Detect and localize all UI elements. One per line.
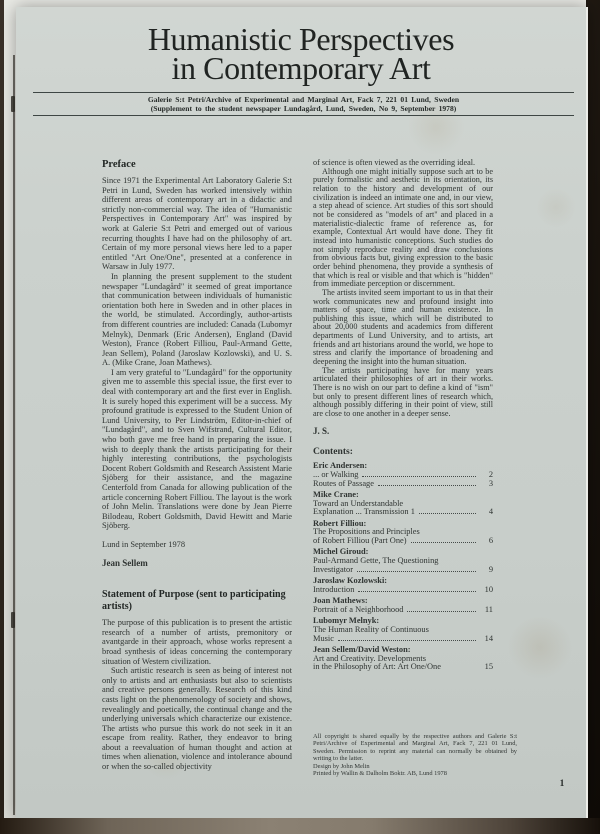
contents-entry: Robert Filliou:The Propositions and Prin… <box>313 520 493 546</box>
contents-item-row: of Robert Filliou (Part One)6 <box>313 537 493 546</box>
colophon-line: Printed by Wallin & Dalholm Boktr. AB, L… <box>313 770 517 777</box>
staple <box>11 96 15 112</box>
continuation-body: of science is often viewed as the overri… <box>313 159 493 419</box>
contents-title-line: Music <box>313 635 334 644</box>
paragraph: Although one might initially suppose suc… <box>313 168 493 289</box>
dot-leader <box>411 542 476 543</box>
contents-page-number: 14 <box>479 635 493 644</box>
paragraph: The artists participating have for many … <box>313 367 493 419</box>
preface-heading: Preface <box>102 159 292 171</box>
magazine-page: Humanistic Perspectives in Contemporary … <box>16 7 588 818</box>
contents-entry: Eric Andersen:... or Walking2Routes of P… <box>313 462 493 488</box>
statement-body: The purpose of this publication is to pr… <box>102 618 292 772</box>
statement-heading: Statement of Purpose (sent to participat… <box>102 589 292 612</box>
contents-item-row: Music14 <box>313 635 493 644</box>
contents-title-line: Portrait of a Neighborhood <box>313 606 403 615</box>
dot-leader <box>338 640 476 641</box>
contents-title-line: Introduction <box>313 586 354 595</box>
paragraph: The artists invited seem important to us… <box>313 289 493 367</box>
contents-entry: Jaroslaw Kozlowski:Introduction10 <box>313 577 493 595</box>
contents-title-line: Routes of Passage <box>313 480 374 489</box>
contents-item-row: Explanation ... Transmission 14 <box>313 508 493 517</box>
photo-background: { "masthead": { "title_line1": "Humanist… <box>0 0 600 834</box>
contents-page-number: 3 <box>479 480 493 489</box>
paragraph: The purpose of this publication is to pr… <box>102 618 292 666</box>
masthead-rule-bottom <box>33 115 574 116</box>
contents-entry: Lubomyr Melnyk:The Human Reality of Cont… <box>313 617 493 643</box>
paragraph: Such artistic research is seen as being … <box>102 666 292 772</box>
spine-fold-line <box>13 55 15 815</box>
contents-list: Eric Andersen:... or Walking2Routes of P… <box>313 462 493 672</box>
contents-entry: Michel Giroud:Paul-Armand Gette, The Que… <box>313 548 493 574</box>
contents-title-line: Explanation ... Transmission 1 <box>313 508 415 517</box>
colophon-line: All copyright is shared equally by the r… <box>313 733 517 763</box>
paragraph: In planning the present supplement to th… <box>102 272 292 368</box>
right-column: of science is often viewed as the overri… <box>313 159 493 675</box>
dot-leader <box>358 591 476 592</box>
left-column: Preface Since 1971 the Experimental Art … <box>102 159 292 772</box>
dot-leader <box>357 571 476 572</box>
contents-title-line: in the Philosophy of Art: Art One/One <box>313 663 441 672</box>
dot-leader <box>419 513 476 514</box>
colophon-line: Design by John Melin <box>313 763 517 770</box>
dot-leader <box>407 611 476 612</box>
contents-page-number: 10 <box>479 586 493 595</box>
contents-entry: Jean Sellem/David Weston:Art and Creativ… <box>313 646 493 672</box>
colophon: All copyright is shared equally by the r… <box>313 733 517 777</box>
contents-item-row: Investigator9 <box>313 566 493 575</box>
contents-page-number: 11 <box>479 606 493 615</box>
contents-page-number: 4 <box>479 508 493 517</box>
contents-page-number: 9 <box>479 566 493 575</box>
contents-title-line: of Robert Filliou (Part One) <box>313 537 407 546</box>
contents-item-row: in the Philosophy of Art: Art One/One15 <box>313 663 493 672</box>
masthead: Humanistic Perspectives in Contemporary … <box>16 25 586 83</box>
table-surface <box>0 818 600 834</box>
contents-page-number: 15 <box>479 663 493 672</box>
contents-item-row: Portrait of a Neighborhood11 <box>313 606 493 615</box>
contents-item-row: Routes of Passage3 <box>313 480 493 489</box>
contents-heading: Contents: <box>313 448 493 457</box>
page-number: 1 <box>552 779 572 789</box>
imprint-line2: (Supplement to the student newspaper Lun… <box>33 104 574 113</box>
contents-item-row: Introduction10 <box>313 586 493 595</box>
dot-leader <box>378 485 476 486</box>
imprint-line1: Galerie S:t Petri/Archive of Experimenta… <box>33 95 574 104</box>
signature: Jean Sellem <box>102 559 292 569</box>
staple <box>11 612 15 628</box>
paragraph: I am very grateful to "Lundagård" for th… <box>102 368 292 531</box>
masthead-rule-top <box>33 92 574 93</box>
contents-entry: Joan Mathews:Portrait of a Neighborhood1… <box>313 597 493 615</box>
contents-title-line: The Human Reality of Continuous <box>313 626 493 635</box>
paragraph: Since 1971 the Experimental Art Laborato… <box>102 176 292 272</box>
contents-title-line: Investigator <box>313 566 353 575</box>
dateline: Lund in September 1978 <box>102 540 292 550</box>
dot-leader <box>362 476 476 477</box>
contents-entry: Mike Crane:Toward an UnderstandableExpla… <box>313 491 493 517</box>
contents-page-number: 6 <box>479 537 493 546</box>
preface-body: Since 1971 the Experimental Art Laborato… <box>102 176 292 531</box>
imprint: Galerie S:t Petri/Archive of Experimenta… <box>33 95 574 114</box>
author-initials: J. S. <box>313 427 493 436</box>
masthead-title-line2: in Contemporary Art <box>16 54 586 83</box>
